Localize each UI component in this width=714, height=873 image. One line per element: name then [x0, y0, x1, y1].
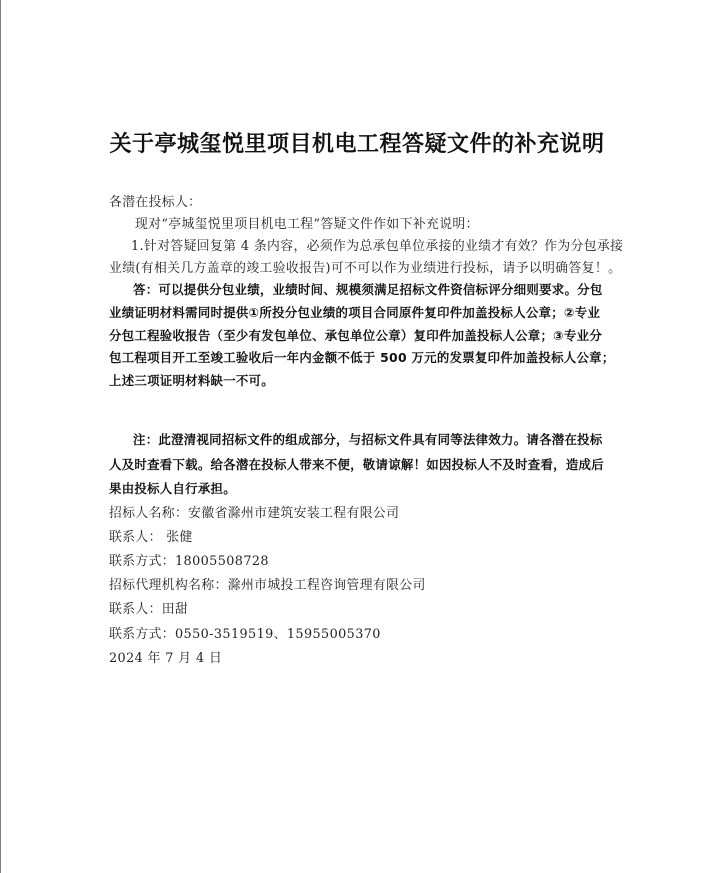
- intro-paragraph: 现对“亭城玺悦里项目机电工程”答疑文件作如下补充说明：: [135, 213, 645, 232]
- note-line-1: 注：此澄清视同招标文件的组成部分，与招标文件具有同等法律效力。请各潜在投标: [133, 430, 643, 448]
- question-line-2: 业绩(有相关几方盖章的竣工验收报告)可不可以作为业绩进行投标，请予以明确答复！。: [109, 257, 619, 276]
- agency-name: 招标代理机构名称：滁州市城投工程咨询管理有限公司: [109, 574, 619, 593]
- answer-line-3: 分包工程验收报告（至少有发包单位、承包单位公章）复印件加盖投标人公章；③专业分: [109, 326, 619, 344]
- document-title: 关于亭城玺悦里项目机电工程答疑文件的补充说明: [0, 127, 714, 158]
- tenderer-phone: 联系方式：18005508728: [109, 550, 619, 569]
- note-line-2: 人及时查看下载。给各潜在投标人带来不便，敬请谅解！如因投标人不及时查看，造成后: [109, 455, 619, 473]
- tenderer-contact: 联系人： 张健: [109, 526, 619, 545]
- document-date: 2024 年 7 月 4 日: [109, 647, 619, 666]
- agency-contact: 联系人：田甜: [109, 598, 619, 617]
- question-line-1: 1.针对答疑回复第 4 条内容，必须作为总承包单位承接的业绩才有效？作为分包承接: [131, 235, 641, 254]
- answer-line-5: 上述三项证明材料缺一不可。: [109, 371, 619, 389]
- tenderer-name: 招标人名称：安徽省滁州市建筑安装工程有限公司: [109, 502, 619, 521]
- answer-line-1: 答：可以提供分包业绩，业绩时间、规模须满足招标文件资信标评分细则要求。分包: [133, 280, 643, 298]
- salutation: 各潜在投标人：: [109, 191, 619, 210]
- note-line-3: 果由投标人自行承担。: [109, 479, 619, 497]
- agency-phone: 联系方式：0550-3519519、15955005370: [109, 623, 619, 642]
- answer-line-4: 包工程项目开工至竣工验收后一年内金额不低于 500 万元的发票复印件加盖投标人公…: [109, 348, 619, 366]
- answer-line-2: 业绩证明材料需同时提供①所投分包业绩的项目合同原件复印件加盖投标人公章；②专业: [109, 303, 619, 321]
